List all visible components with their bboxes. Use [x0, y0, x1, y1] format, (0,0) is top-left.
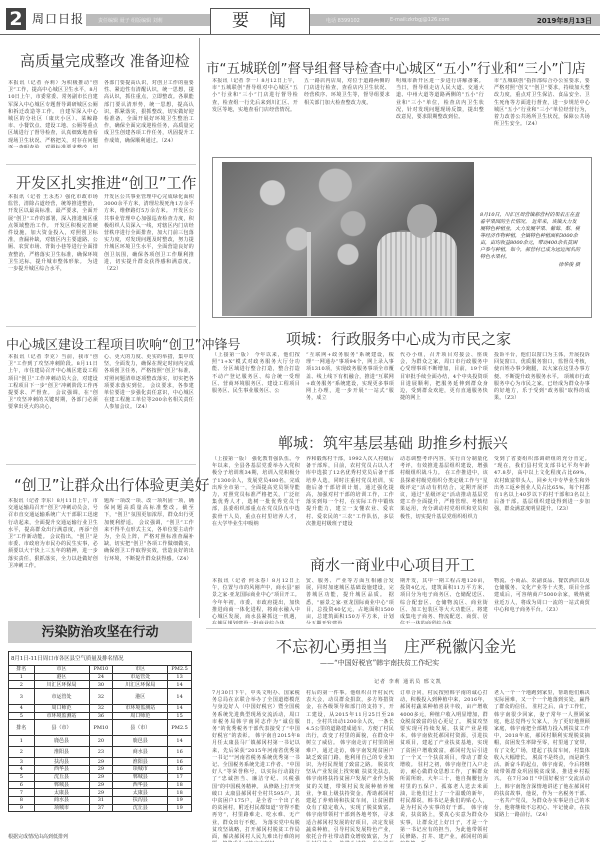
table-cell: 23	[89, 747, 113, 758]
article-body: 五一路店内店周，对位于道路两侧的门店进行检查，查看店内卫生状况、经营秩序、环境卫…	[304, 78, 390, 152]
table-cell: 商水县	[113, 747, 168, 758]
article-body: 贸、服务、产业等方面互相融合发展，同时加速城区基础设施建设，完善城区功能，提升城…	[306, 578, 394, 624]
article-body: 本报讯（记者 李一）8月12日上午，市“五城联创”督导组对中心城区“五小”行业和…	[212, 78, 298, 152]
table-cell: 14	[168, 705, 192, 713]
column-header: PM10	[89, 666, 113, 674]
photo-credit: 徐华俊 摄	[480, 262, 580, 269]
article-body: 本报讯（记者 李东）8月11日上午，市交通运输局召开“创卫”冲刺动员会，号召市直…	[8, 498, 98, 610]
article-body: 心、更大的力度、更实的举措，集中攻坚，全面发力，确保在规定时间内完成各项创卫任务…	[104, 354, 194, 454]
article-body: （上接第一版） 强化教育强队伍。今年以来，全县各基层党委举办入党积极分子培训班3…	[212, 456, 300, 546]
masthead: 2 周口日报 责任编辑 聂子 组版编辑 刘莉 要闻 电话 8399102 E-m…	[0, 0, 600, 34]
table-cell: 周口师范	[113, 712, 168, 720]
article-body: 明城市新开区进一步进行讲解备案。当日，督导组走访人民大道、交通大道、中州大道等道…	[396, 78, 484, 152]
table-row: 5沈丘县29郸城县17	[9, 773, 192, 781]
article-body: 各部门要提高认识，对创卫工作的重要性、紧迫性有清醒认识，统一思想，提高认识，抓住…	[104, 80, 194, 148]
table-cell: 5	[9, 712, 35, 720]
column-header: PM2.5	[168, 666, 192, 674]
table-cell: 项城市	[34, 804, 89, 812]
article-body: 开发区公共事业管理中心完成绿化面积3000余平方米，清理垃圾死角1万余平方米，维…	[104, 194, 194, 318]
table-cell: 32	[89, 705, 113, 713]
table-cell: 1	[9, 736, 35, 747]
section-tab: 要闻	[210, 8, 310, 34]
article-subtitle: ——“中国好税官”韩宇南扶贫工作纪实	[320, 658, 439, 668]
article-body: 本报讯（记者 王永杰）强化市政市场监管，清除占道经营，统筹推进整治，开发区以最高…	[8, 194, 98, 318]
table-cell: 16	[168, 758, 192, 766]
table-row: 9项城市37沈丘县19	[9, 804, 192, 812]
headline-travel: “创卫”让群众出行体验更美好	[14, 474, 210, 495]
headline-rectify: 高质量完成整改 准备迎检	[20, 50, 190, 71]
table-cell: 港区	[34, 673, 89, 681]
article-body: 代办小组，召开项目对接会、座谈会，为群众之家，周口市行政服务中心受理事项不断增加…	[400, 352, 488, 424]
table-cell: 18	[168, 781, 192, 789]
table-cell: 港区	[113, 689, 168, 705]
article-body: （上接第一版） 今年以来，他们按照“1+X”模式对政务服务大厅分功能、分区域进行…	[212, 352, 300, 424]
info-bar: 电话 8399102 E-mail:zkrbgj@126.com 2019年8月…	[310, 14, 600, 26]
article-body: “互联网+政务服务”系统建设，梳理“一网通办”事项94个，网上录入事项1310项…	[306, 352, 394, 424]
divider	[6, 464, 196, 465]
table-cell: 扶沟县	[113, 796, 168, 804]
article-body: 受到了省委组织部调研组的充分肯定。 “现在，我们县村党支部书记平均年龄47.8岁…	[494, 456, 590, 546]
table-cell: 29	[89, 758, 113, 766]
table-cell: 19	[168, 796, 192, 804]
table-cell: 37	[89, 804, 113, 812]
table-row: 4西华县29项城市16	[9, 766, 192, 774]
editors-credit: 责任编辑 聂子 组版编辑 刘莉	[86, 14, 210, 24]
table-cell: 沈丘县	[113, 804, 168, 812]
table-cell: 市运管处	[34, 689, 89, 705]
table-cell: 西华县	[34, 766, 89, 774]
article-body: 题库一项改一项、改一项巩固一项，确保问题高质量高标准整改。截至下，“创卫”氛围更…	[104, 498, 194, 610]
table-cell: 西华县	[113, 781, 168, 789]
tree-trunk	[307, 232, 311, 316]
table-row: 2川汇区环保局30川汇区环保局14	[9, 681, 192, 689]
headline-center-city: 中心城区建设工程项目吹响“创卫”冲锋号	[6, 334, 240, 353]
farmer-head	[407, 204, 437, 238]
column-header: 县（市）	[113, 720, 168, 736]
farmer-figure	[377, 232, 457, 316]
table-cell: 36	[89, 712, 113, 720]
editors-bar: 责任编辑 聂子 组版编辑 刘莉	[86, 14, 210, 26]
divider	[6, 326, 196, 327]
table-cell: 扶沟县	[34, 758, 89, 766]
table-row: 3扶沟县29淮阳县16	[9, 758, 192, 766]
table-cell: 鹿邑县	[113, 736, 168, 747]
divider	[206, 628, 596, 629]
table-cell: 29	[89, 781, 113, 789]
table-cell: 太康县	[113, 789, 168, 797]
table-cell: 川汇区环保局	[34, 681, 89, 689]
newspaper-name: 周口日报	[32, 10, 84, 27]
table-cell: 30	[89, 681, 113, 689]
headline-inspection: 市“五城联创”督导组督导检查中心城区“五小”行业和“三小”门店	[206, 57, 585, 77]
caption-text: 8月10日，川汇区周营镇郝营村的果农正在查看苹果园的生长情况。 近年来，该镇大力…	[480, 212, 580, 260]
divider	[6, 164, 196, 165]
table-row: 1鹿邑县20鹿邑县14	[9, 736, 192, 747]
table-cell: 17	[168, 773, 192, 781]
table-cell: 16	[168, 747, 192, 758]
table-cell: 沈丘县	[34, 773, 89, 781]
table-cell: 15	[168, 712, 192, 720]
table-cell: 淮阳县	[34, 747, 89, 758]
headline-xiangcheng: 项城：行政服务中心成为市民之家	[286, 328, 511, 349]
table-cell: 8	[9, 796, 35, 804]
table-cell: 4	[9, 766, 35, 774]
table-row: 2淮阳县23商水县16	[9, 747, 192, 758]
headline-kaifaqu: 开发区扎实推进“创卫”工作	[16, 172, 197, 193]
table-cell: 项城市	[113, 766, 168, 774]
table-cell: 3	[9, 758, 35, 766]
table-cell: 31	[89, 796, 113, 804]
table-cell: 19	[168, 804, 192, 812]
article-body: 物流、小商品、农副食品、餐饮酒店以及仓储服务、文化产业等十大类，项目全部建成后，…	[494, 578, 590, 624]
table-cell: 市环境监测站	[34, 712, 89, 720]
section-title: 要闻	[214, 11, 306, 31]
table-cell: 郸城县	[113, 773, 168, 781]
article-body: 投诉平台，他们以窗口为主体，开展投诉回复窗口、优质服务窗口，监督员考核，使百姓办…	[494, 352, 590, 424]
column-header: 排名	[9, 666, 35, 674]
table-cell: 13	[168, 673, 192, 681]
table-cell: 18	[168, 789, 192, 797]
pollution-section-title: 污染防治攻坚在行动	[41, 625, 158, 640]
column-divider	[199, 38, 200, 618]
column-header: PM2.5	[168, 720, 192, 736]
column-header: 市区	[113, 666, 168, 674]
table-cell: 2	[9, 747, 35, 758]
article-body: 本报讯（记者 何永春）8月12日上午，位置与市的风刚声中，商水县“丽景之家·亚龙…	[212, 578, 300, 624]
table-cell: 29	[89, 789, 113, 797]
article-body: 期开发，其中一期工程占地120亩，投资4亿元，建筑面积11万平方米，项目分为电子…	[400, 578, 488, 624]
table-cell: 市运管处	[113, 673, 168, 681]
table-cell: 20	[89, 736, 113, 747]
column-header: 排名	[9, 720, 35, 736]
table-cell: 24	[89, 673, 113, 681]
column-header: 市区	[34, 666, 89, 674]
article-body: 订单合同，村民按照韩宇南的诚心打动，积极投入到种植中来，2016年，郝冈村蔬菜种…	[400, 690, 488, 842]
table-cell: 14	[168, 681, 192, 689]
table-cell: 29	[89, 766, 113, 774]
article-body: 养和锻炼村干部，1992人次人村级后备干部库，目前，农村党员占以人才库中选拔了1…	[306, 456, 394, 546]
table-row: 6郸城县29西华县18	[9, 781, 192, 789]
page-number: 2	[6, 8, 26, 30]
table-cell: 1	[9, 673, 35, 681]
table-row: 7太康县29太康县18	[9, 789, 192, 797]
table-cell: 商水县	[34, 796, 89, 804]
table-cell: 16	[168, 766, 192, 774]
table-cell: 市环境监测站	[113, 705, 168, 713]
table-header-row: 排名 县（市） PM10 县（市） PM2.5	[9, 720, 192, 736]
table-cell: 7	[9, 789, 35, 797]
hotline: 电话 8399102	[326, 17, 360, 24]
email: E-mail:zkrbgj@126.com	[390, 17, 450, 23]
table-cell: 4	[9, 705, 35, 713]
table-cell: 14	[168, 736, 192, 747]
article-body: 村后的第一件事。他组织召开村民代表大会，动员群众捐款，多方筹措资金，在各级领导和…	[306, 690, 394, 842]
column-header: 县（市）	[34, 720, 89, 736]
column-header: PM10	[89, 720, 113, 736]
article-body: 本报讯（记者 李克）当前，我市“创卫”工作到了攻坚冲刺阶段。8月11日上午，市住…	[8, 354, 98, 454]
table-row: 3市运管处32港区14	[9, 689, 192, 705]
table-cell: 鹿邑县	[34, 736, 89, 747]
table-row: 1港区24市运管处13	[9, 673, 192, 681]
table-cell: 淮阳县	[113, 758, 168, 766]
headline-shangshui: 商水一商业中心项目开工	[310, 554, 475, 575]
table-cell: 川汇区环保局	[113, 681, 168, 689]
table-cell: 32	[89, 689, 113, 705]
article-body: 老人一个一个地跑到家里，帮助他们解决实际困难，又一个一个地落到实处，赢得了群众的…	[494, 690, 590, 842]
table-cell: 5	[9, 773, 35, 781]
masthead-rule	[0, 34, 600, 35]
pollution-section-header: 污染防治攻坚在行动	[8, 621, 192, 643]
table-cell: 3	[9, 689, 35, 705]
table-cell: 周口师范	[34, 705, 89, 713]
article-body: 市“五城联创”指挥部综合办公室要求，要严格对照“创文”“创卫”要求，持续加大整改…	[494, 78, 590, 152]
headline-yuncheng: 郸城：筑牢基层基础 助推乡村振兴	[278, 432, 508, 453]
table-cell: 29	[89, 773, 113, 781]
article-body: 7月30日下午，中央文明办、国家税务总局在京联合举办了全国道德模范与身边好人（中…	[212, 690, 300, 842]
article-body: 动态调整考评内容，实行百分制量化考评，有效推进基层组织建设，增强村级组织战斗力。…	[400, 456, 488, 546]
table-title: 8月1日-11日周口市各区县空气质量及排名情况	[9, 652, 192, 666]
table-row: 4周口师范32市环境监测站14	[9, 705, 192, 713]
table-footnote: 根据完成情况由高到低排列	[8, 833, 68, 840]
table-row: 8商水县31扶沟县19	[9, 796, 192, 804]
table-header-row: 排名 市区 PM10 市区 PM2.5	[9, 666, 192, 674]
table-cell: 2	[9, 681, 35, 689]
table-cell: 6	[9, 781, 35, 789]
table-cell: 太康县	[34, 789, 89, 797]
issue-date: 2019年8月13日	[537, 16, 592, 26]
table-row: 5市环境监测站36周口师范15	[9, 712, 192, 720]
orchard-photo	[222, 162, 474, 316]
table-cell: 郸城县	[34, 781, 89, 789]
air-quality-table: 8月1日-11日周口市各区县空气质量及排名情况 排名 市区 PM10 市区 PM…	[8, 651, 192, 812]
photo-caption: 8月10日，川汇区周营镇郝营村的果农正在查看苹果园的生长情况。 近年来，该镇大力…	[480, 212, 580, 269]
article-body: 本报讯（记者 乔莉）为积极推动“创卫”工作，提高中心城区卫生水平，8月10日上午…	[8, 80, 98, 148]
table-cell: 14	[168, 689, 192, 705]
byline: 记者 李莉 通讯员 邢文凯	[374, 678, 442, 685]
headline-tax-hero: 不忘初心勇担当 庄严税徽闪金光	[276, 634, 516, 657]
table-cell: 9	[9, 804, 35, 812]
